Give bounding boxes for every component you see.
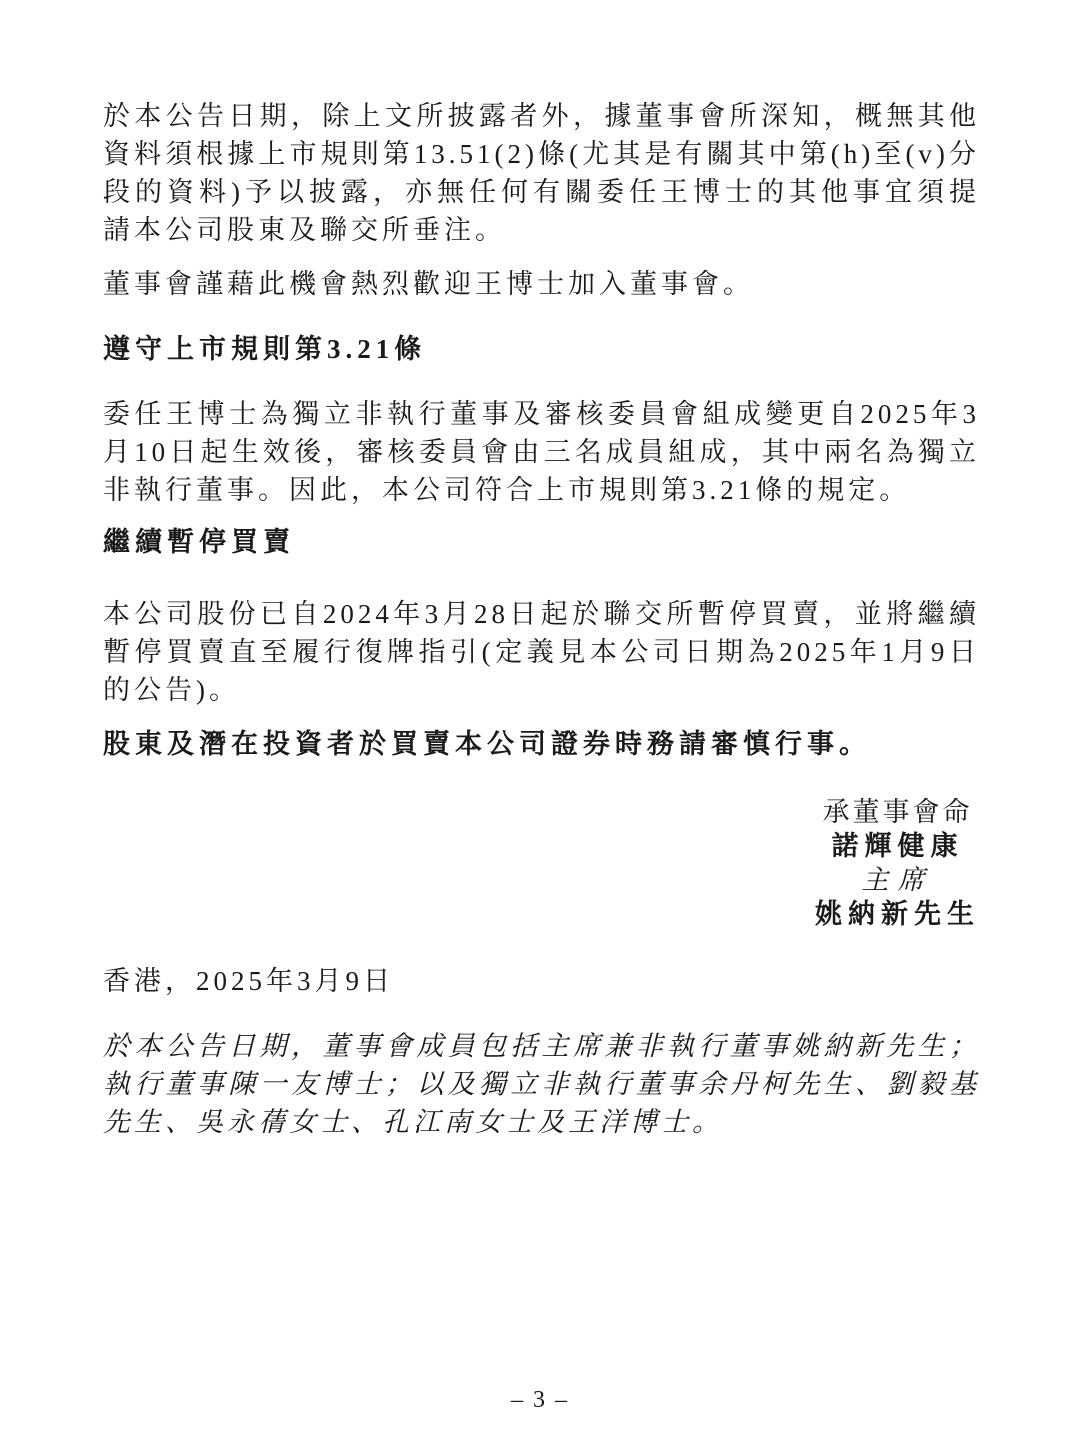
document-body: 於本公告日期，除上文所披露者外，據董事會所深知，概無其他資料須根據上市規則第13…	[103, 97, 980, 1141]
page-number: – 3 –	[511, 1387, 569, 1413]
announcement-page: 於本公告日期，除上文所披露者外，據董事會所深知，概無其他資料須根據上市規則第13…	[0, 0, 1080, 1440]
signature-chairman-name: 姚納新先生	[815, 897, 980, 931]
dateline: 香港，2025年3月9日	[103, 962, 980, 1000]
paragraph-suspension-body: 本公司股份已自2024年3月28日起於聯交所暫停買賣，並將繼續暫停買賣直至履行復…	[103, 595, 980, 709]
section-heading-continued-suspension: 繼續暫停買賣	[103, 523, 980, 561]
paragraph-welcome: 董事會謹藉此機會熱烈歡迎王博士加入董事會。	[103, 265, 980, 303]
board-composition-note: 於本公告日期，董事會成員包括主席兼非執行董事姚納新先生；執行董事陳一友博士；以及…	[103, 1027, 980, 1141]
signature-company-name: 諾輝健康	[815, 829, 980, 863]
signature-by-order: 承董事會命	[815, 795, 980, 829]
paragraph-disclosure: 於本公告日期，除上文所披露者外，據董事會所深知，概無其他資料須根據上市規則第13…	[103, 97, 980, 249]
paragraph-rule-321-body: 委任王博士為獨立非執行董事及審核委員會組成變更自2025年3月10日起生效後，審…	[103, 395, 980, 509]
signature-block: 承董事會命 諾輝健康 主席 姚納新先生	[815, 795, 980, 931]
paragraph-shareholder-warning: 股東及潛在投資者於買賣本公司證券時務請審慎行事。	[103, 725, 980, 763]
signature-title: 主席	[815, 863, 980, 897]
section-heading-rule-321: 遵守上市規則第3.21條	[103, 330, 980, 368]
page-footer: – 3 –	[0, 1387, 1080, 1414]
